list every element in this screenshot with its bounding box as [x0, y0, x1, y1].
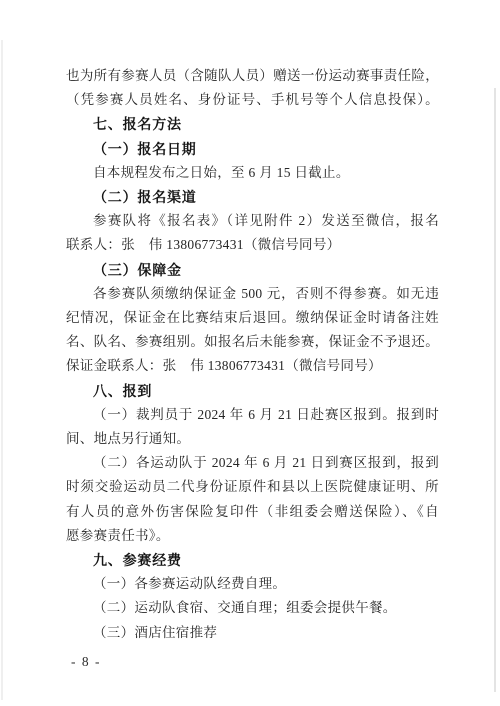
- paragraph-line: （凭参赛人员姓名、身份证号、手机号等个人信息投保）。: [66, 88, 439, 112]
- paragraph-line: 自本规程发布之日始，至 6 月 15 日截止。: [66, 161, 439, 185]
- heading-section-9-expenses: 九、参赛经费: [66, 548, 439, 572]
- paragraph-line: 也为所有参赛人员（含随队人员）赠送一份运动赛事责任险，: [66, 64, 439, 88]
- paragraph-line: 时须交验运动员二代身份证原件和县以上医院健康证明、所: [66, 475, 439, 499]
- paragraph-line: 间、地点另行通知。: [66, 427, 439, 451]
- paragraph-line: （二）运动队食宿、交通自理；组委会提供午餐。: [66, 596, 439, 620]
- paragraph-line: 各参赛队须缴纳保证金 500 元，否则不得参赛。如无违: [66, 282, 439, 306]
- paragraph-line: （一）裁判员于 2024 年 6 月 21 日赴赛区报到。报到时: [66, 403, 439, 427]
- paragraph-line: 愿参赛责任书》。: [66, 524, 439, 548]
- paragraph-line: 名、队名、参赛组别。如报名后未能参赛，保证金不予退还。: [66, 330, 439, 354]
- document-page: 也为所有参赛人员（含随队人员）赠送一份运动赛事责任险， （凭参赛人员姓名、身份证…: [0, 0, 500, 706]
- paragraph-line: （一）各参赛运动队经费自理。: [66, 572, 439, 596]
- heading-deposit: （三）保障金: [66, 258, 439, 282]
- paragraph-line: 纪情况，保证金在比赛结束后退回。缴纳保证金时请备注姓: [66, 306, 439, 330]
- deposit-contact-line: 保证金联系人：张 伟 13806773431（微信号同号）: [66, 354, 439, 378]
- scan-edge-artifact-right: [494, 88, 496, 692]
- paragraph-line: 有人员的意外伤害保险复印件（非组委会赠送保险）、《自: [66, 500, 439, 524]
- scan-edge-artifact-left: [1, 40, 3, 700]
- paragraph-line: 参赛队将《报名表》（详见附件 2）发送至微信，报名: [66, 209, 439, 233]
- heading-section-7-registration: 七、报名方法: [66, 112, 439, 136]
- page-number: - 8 -: [71, 650, 101, 674]
- contact-line: 联系人：张 伟 13806773431（微信号同号）: [66, 233, 439, 257]
- document-text-block: 也为所有参赛人员（含随队人员）赠送一份运动赛事责任险， （凭参赛人员姓名、身份证…: [66, 64, 439, 645]
- paragraph-line: （二）各运动队于 2024 年 6 月 21 日到赛区报到，报到: [66, 451, 439, 475]
- paragraph-line: （三）酒店住宿推荐: [66, 621, 439, 645]
- heading-registration-channel: （二）报名渠道: [66, 185, 439, 209]
- heading-section-8-checkin: 八、报到: [66, 379, 439, 403]
- heading-registration-date: （一）报名日期: [66, 137, 439, 161]
